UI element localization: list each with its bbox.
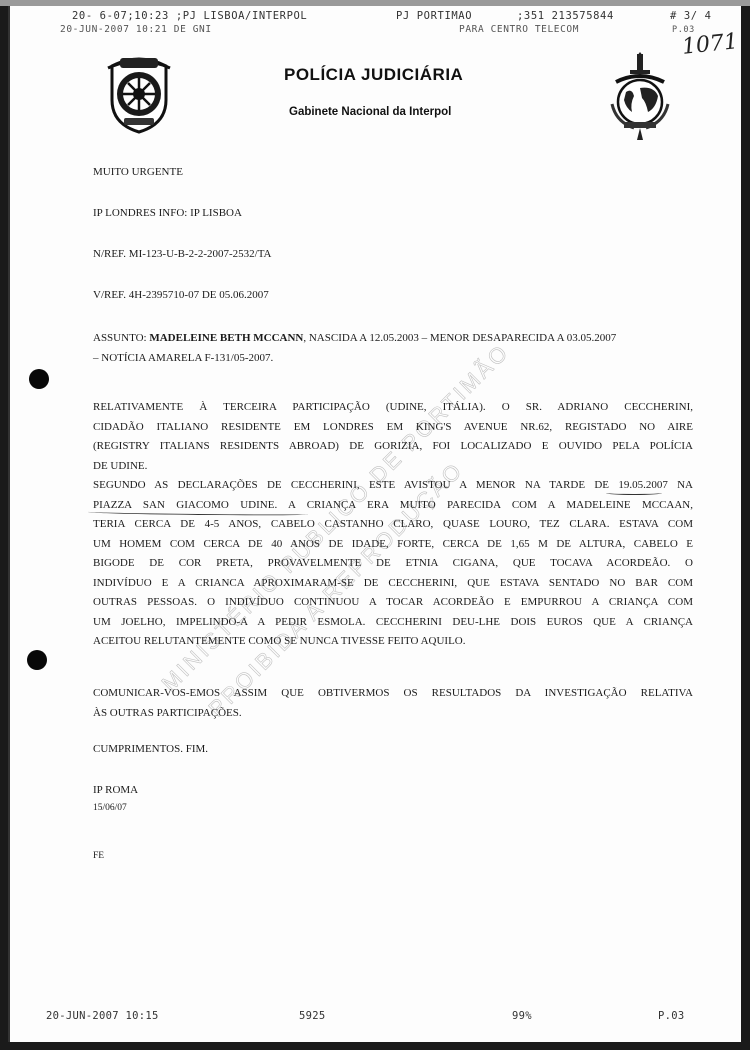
fax-header-page-count: # 3/ 4 [670, 10, 712, 22]
paragraph1-line: RELATIVAMENTE À TERCEIRA PARTICIPAÇÃO (U… [93, 398, 693, 418]
paragraph3-line: ÀS OUTRAS PARTICIPAÇÕES. [93, 704, 693, 724]
fax-header-line1-mid: PJ PORTIMAO [396, 10, 472, 22]
punch-hole-bottom [27, 650, 47, 670]
sender-date: 15/06/07 [93, 803, 127, 813]
subject-line-1: ASSUNTO: MADELEINE BETH MCCANN, NASCIDA … [93, 332, 616, 344]
sender-initials: FE [93, 851, 104, 861]
handwritten-underline-date [606, 491, 662, 495]
closing-greeting: CUMPRIMENTOS. FIM. [93, 743, 208, 755]
paragraph2-line: BIGODE DE COR PRETA, PROVAVELMENTE DE ET… [93, 554, 693, 574]
paragraph2-line: OUTRAS PESSOAS. O INDIVÍDUO CONTINUOU A … [93, 593, 693, 613]
paragraph-witness-statement: SEGUNDO AS DECLARAÇÕES DE CECCHERINI, ES… [93, 476, 693, 652]
routing-line: IP LONDRES INFO: IP LISBOA [93, 207, 242, 219]
fax-footer-timestamp: 20-JUN-2007 10:15 [46, 1010, 159, 1022]
letterhead-title: POLÍCIA JUDICIÁRIA [284, 65, 463, 85]
subject-name: MADELEINE BETH MCCANN [149, 332, 303, 344]
subject-label: ASSUNTO: [93, 332, 147, 344]
paragraph2-line: ACEITOU RELUTANTEMENTE COMO SE NUNCA TIV… [93, 632, 693, 652]
fax-header-line2-mid: PARA CENTRO TELECOM [459, 24, 579, 35]
fax-header-line1-left: 20- 6-07;10:23 ;PJ LISBOA/INTERPOL [72, 10, 307, 22]
paragraph2-line: INDIVÍDUO E A CRIANCA APROXIMARAM-SE DE … [93, 574, 693, 594]
subject-line-2: – NOTÍCIA AMARELA F-131/05-2007. [93, 352, 273, 364]
paragraph1-line: CIDADÃO ITALIANO RESIDENTE EM LONDRES EM… [93, 418, 693, 438]
sender-office: IP ROMA [93, 784, 138, 796]
handwritten-page-number: 1071 [681, 29, 739, 60]
fax-footer-quality: 99% [512, 1010, 532, 1022]
fax-header-phone: ;351 213575844 [517, 10, 614, 22]
punch-hole-top [29, 369, 49, 389]
urgency-label: MUITO URGENTE [93, 166, 183, 178]
our-reference: N/REF. MI-123-U-B-2-2-2007-2532/TA [93, 248, 272, 260]
fax-footer-code: 5925 [299, 1010, 326, 1022]
your-reference: V/REF. 4H-2395710-07 DE 05.06.2007 [93, 289, 269, 301]
subject-details: , NASCIDA A 12.05.2003 – MENOR DESAPAREC… [303, 332, 616, 344]
paragraph2-line: UM JOELHO, IMPELINDO-A A PEDIR ESMOLA. C… [93, 613, 693, 633]
letterhead-subtitle: Gabinete Nacional da Interpol [289, 106, 451, 118]
fax-header-line2-left: 20-JUN-2007 10:21 DE GNI [60, 24, 212, 35]
policia-judiciaria-badge-icon [104, 50, 174, 134]
fax-footer-page: P.03 [658, 1010, 685, 1022]
interpol-emblem-icon [606, 52, 674, 140]
paragraph-follow-up: COMUNICAR-VOS-EMOS ASSIM QUE OBTIVERMOS … [93, 684, 693, 723]
document-page: 20- 6-07;10:23 ;PJ LISBOA/INTERPOL PJ PO… [8, 6, 741, 1042]
